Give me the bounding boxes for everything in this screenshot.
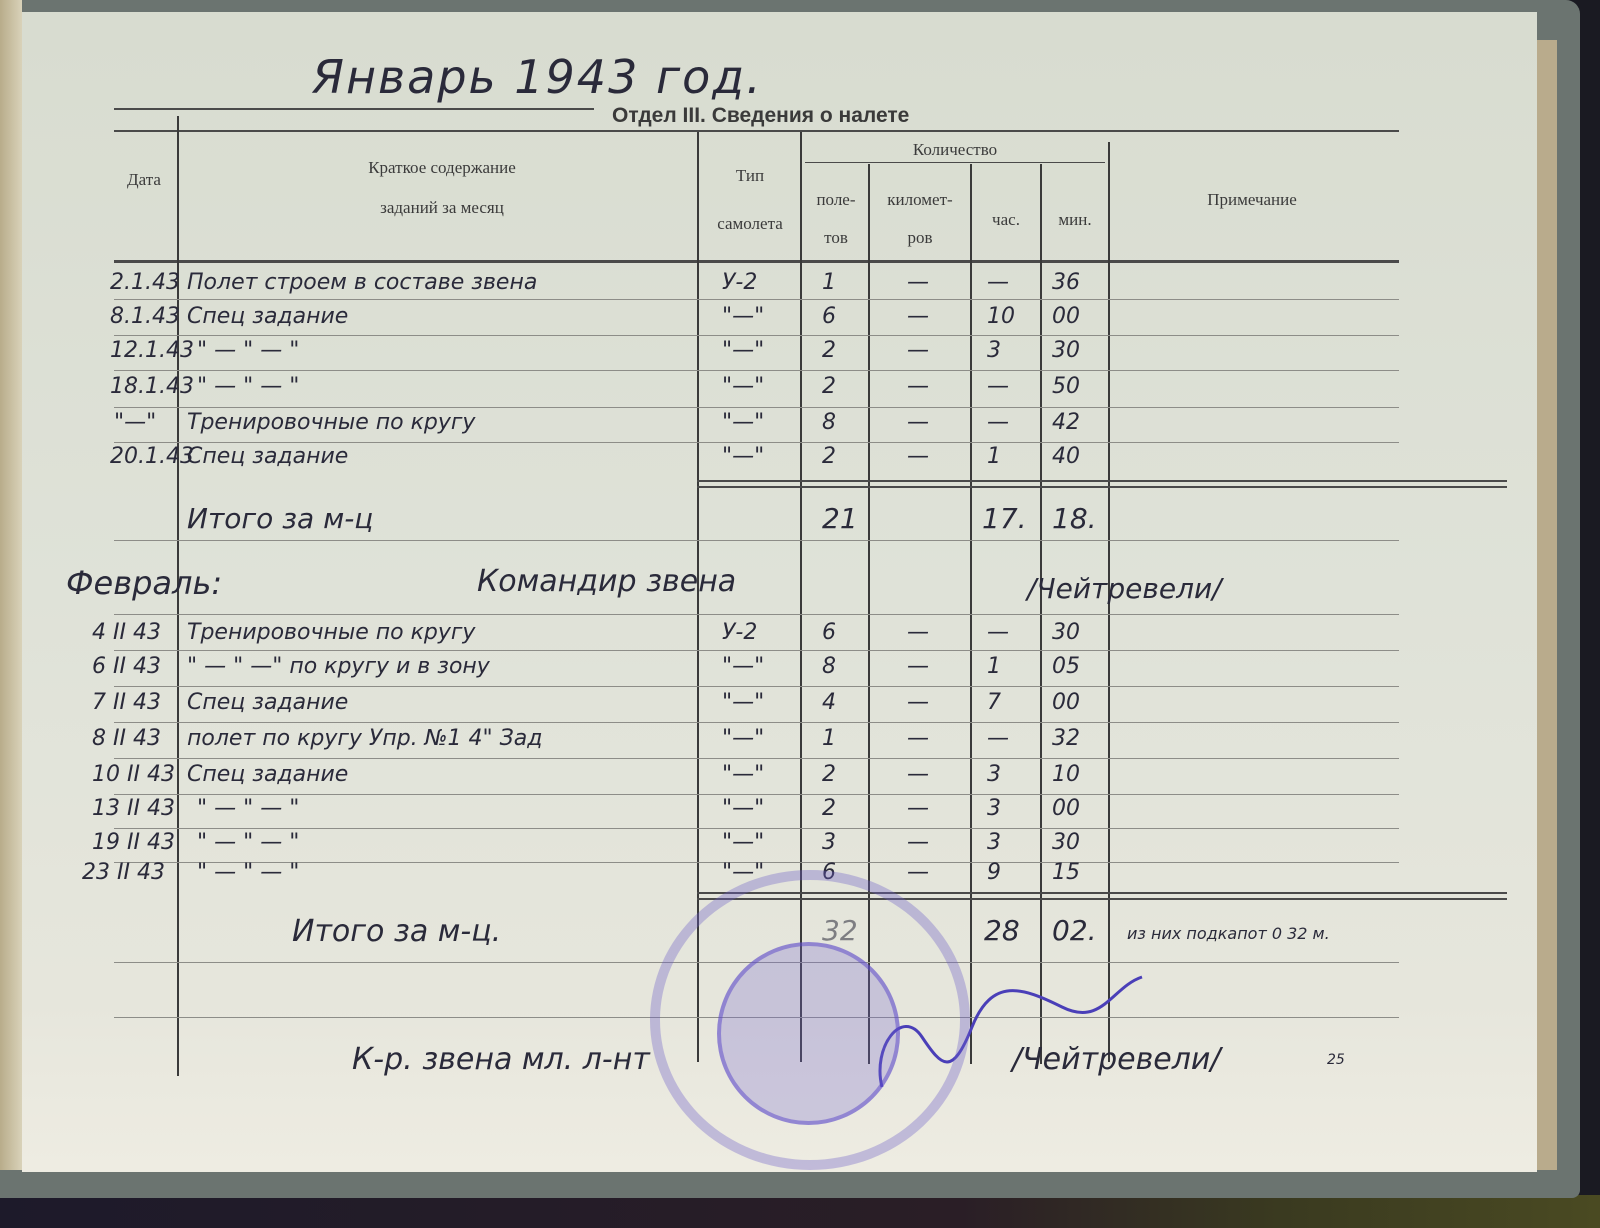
header-plane-line2: самолета	[702, 208, 798, 240]
february-month-label: Февраль:	[66, 564, 222, 602]
cell-flights: 3	[822, 830, 836, 855]
cell-km: —	[907, 796, 929, 821]
february-role: Командир звена	[477, 564, 736, 599]
cell-plane: "—"	[722, 304, 764, 329]
cell-minutes: 30	[1052, 620, 1080, 645]
cell-flights: 2	[822, 762, 836, 787]
february-total-hours: 28	[984, 914, 1020, 947]
header-task-line1: Краткое содержание	[292, 152, 592, 184]
row-rule	[114, 758, 1399, 759]
cell-km: —	[907, 410, 929, 435]
cell-hours: 3	[987, 762, 1001, 787]
cell-km: —	[907, 444, 929, 469]
total-rule-jan-1	[697, 480, 1507, 482]
row-rule	[114, 335, 1399, 336]
cell-task: " — " — "	[197, 374, 299, 399]
february-total-remark: из них подкапот 0 32 м.	[1127, 924, 1330, 943]
right-page-edge	[1535, 40, 1557, 1170]
cell-minutes: 50	[1052, 374, 1080, 399]
cell-hours: 3	[987, 830, 1001, 855]
cell-flights: 6	[822, 620, 836, 645]
cell-task: Спец задание	[187, 690, 348, 715]
cell-flights: 2	[822, 374, 836, 399]
cell-date: 18.1.43	[110, 374, 194, 399]
cell-hours: 1	[987, 654, 1001, 679]
cell-task: Спец задание	[187, 762, 348, 787]
cell-date: 2.1.43	[110, 270, 180, 295]
section-title: Отдел III. Сведения о налете	[612, 104, 909, 128]
row-rule	[114, 370, 1399, 371]
cell-hours: 9	[987, 860, 1001, 885]
cell-plane: "—"	[722, 444, 764, 469]
row-rule	[114, 686, 1399, 687]
february-total-minutes: 02.	[1052, 914, 1097, 947]
cell-flights: 8	[822, 410, 836, 435]
header-minutes: мин.	[1042, 204, 1108, 236]
cell-date: 12.1.43	[110, 338, 194, 363]
cell-date: 23 II 43	[82, 860, 165, 885]
row-rule	[114, 442, 1399, 443]
cell-hours: 3	[987, 796, 1001, 821]
cell-flights: 8	[822, 654, 836, 679]
cell-km: —	[907, 304, 929, 329]
cell-km: —	[907, 374, 929, 399]
cell-task: " — " — "	[197, 338, 299, 363]
january-total-flights: 21	[822, 502, 858, 535]
cell-date: 6 II 43	[92, 654, 161, 679]
cell-task: полет по кругу Упр. №1 4" Зад	[187, 726, 542, 751]
cell-plane: "—"	[722, 830, 764, 855]
cell-plane: "—"	[722, 690, 764, 715]
february-commander-name: /Чейтревели/	[1027, 572, 1222, 605]
cell-hours: 7	[987, 690, 1001, 715]
cell-flights: 1	[822, 270, 836, 295]
cell-hours: —	[987, 620, 1009, 645]
cell-date: 13 II 43	[92, 796, 175, 821]
header-quantity: Количество	[805, 134, 1105, 166]
cell-minutes: 15	[1052, 860, 1080, 885]
header-flights-line2: тов	[804, 222, 868, 254]
cell-minutes: 32	[1052, 726, 1080, 751]
january-total-label: Итого за м-ц	[187, 502, 373, 535]
cell-km: —	[907, 726, 929, 751]
cell-plane: "—"	[722, 374, 764, 399]
cell-minutes: 00	[1052, 690, 1080, 715]
cell-date: 10 II 43	[92, 762, 175, 787]
row-rule	[114, 650, 1399, 651]
cell-km: —	[907, 860, 929, 885]
cell-hours: —	[987, 270, 1009, 295]
row-rule	[114, 299, 1399, 300]
background-surface	[0, 1195, 1600, 1228]
cell-km: —	[907, 830, 929, 855]
cell-date: 4 II 43	[92, 620, 161, 645]
page-number: 25	[1327, 1052, 1345, 1068]
cell-task: " — " — "	[197, 796, 299, 821]
cell-hours: 10	[987, 304, 1015, 329]
cell-plane: "—"	[722, 410, 764, 435]
cell-km: —	[907, 654, 929, 679]
header-rule-top	[114, 130, 1399, 132]
row-rule	[114, 722, 1399, 723]
official-stamp-emblem	[717, 942, 900, 1125]
cell-plane: У-2	[722, 620, 757, 645]
signature-title: К-р. звена мл. л-нт	[352, 1042, 650, 1077]
cell-km: —	[907, 620, 929, 645]
logbook-page: Январь 1943 год. Отдел III. Сведения о н…	[22, 12, 1537, 1172]
cell-hours: —	[987, 726, 1009, 751]
cell-task: Полет строем в составе звена	[187, 270, 537, 295]
cell-minutes: 05	[1052, 654, 1080, 679]
cell-minutes: 30	[1052, 338, 1080, 363]
month-heading: Январь 1943 год.	[312, 50, 763, 104]
cell-date: 8.1.43	[110, 304, 180, 329]
cell-minutes: 10	[1052, 762, 1080, 787]
header-km-line1: километ-	[870, 184, 970, 216]
cell-minutes: 36	[1052, 270, 1080, 295]
cell-flights: 2	[822, 444, 836, 469]
total-rule-jan-2	[697, 486, 1507, 488]
cell-task: Спец задание	[187, 304, 348, 329]
header-flights-line1: поле-	[804, 184, 868, 216]
cell-minutes: 00	[1052, 796, 1080, 821]
row-rule	[114, 540, 1399, 541]
cell-minutes: 40	[1052, 444, 1080, 469]
cell-task: " — " — "	[197, 830, 299, 855]
cell-task: Тренировочные по кругу	[187, 410, 475, 435]
header-hours: час.	[972, 204, 1040, 236]
cell-date: 20.1.43	[110, 444, 194, 469]
cell-date: "—"	[114, 410, 156, 435]
cell-date: 8 II 43	[92, 726, 161, 751]
header-plane-line1: Тип	[702, 160, 798, 192]
cell-task: " — " —" по кругу и в зону	[187, 654, 490, 679]
cell-task: Спец задание	[187, 444, 348, 469]
cell-minutes: 42	[1052, 410, 1080, 435]
cell-plane: "—"	[722, 762, 764, 787]
cell-flights: 4	[822, 690, 836, 715]
cell-km: —	[907, 690, 929, 715]
row-rule	[114, 828, 1399, 829]
january-total-hours: 17.	[982, 502, 1027, 535]
header-task-line2: заданий за месяц	[292, 192, 592, 224]
cell-km: —	[907, 270, 929, 295]
cell-plane: "—"	[722, 796, 764, 821]
cell-date: 19 II 43	[92, 830, 175, 855]
cell-hours: 3	[987, 338, 1001, 363]
cell-flights: 2	[822, 796, 836, 821]
cell-km: —	[907, 762, 929, 787]
row-rule	[114, 407, 1399, 408]
header-remarks: Примечание	[1112, 184, 1392, 216]
left-page-edge	[0, 0, 22, 1170]
cell-hours: —	[987, 410, 1009, 435]
cell-date: 7 II 43	[92, 690, 161, 715]
row-rule	[114, 794, 1399, 795]
cell-flights: 1	[822, 726, 836, 751]
header-date: Дата	[114, 164, 174, 196]
header-km-line2: ров	[870, 222, 970, 254]
cell-minutes: 30	[1052, 830, 1080, 855]
cell-hours: —	[987, 374, 1009, 399]
row-rule	[114, 614, 1399, 615]
cell-plane: "—"	[722, 654, 764, 679]
january-total-minutes: 18.	[1052, 502, 1097, 535]
cell-plane: "—"	[722, 726, 764, 751]
february-total-label: Итого за м-ц.	[292, 914, 501, 949]
cell-hours: 1	[987, 444, 1001, 469]
cell-plane: У-2	[722, 270, 757, 295]
cell-minutes: 00	[1052, 304, 1080, 329]
cell-task: " — " — "	[197, 860, 299, 885]
header-rule-bottom	[114, 260, 1399, 263]
header-rule-left	[114, 108, 594, 110]
cell-flights: 2	[822, 338, 836, 363]
cell-task: Тренировочные по кругу	[187, 620, 475, 645]
cell-flights: 6	[822, 304, 836, 329]
cell-plane: "—"	[722, 338, 764, 363]
cell-km: —	[907, 338, 929, 363]
